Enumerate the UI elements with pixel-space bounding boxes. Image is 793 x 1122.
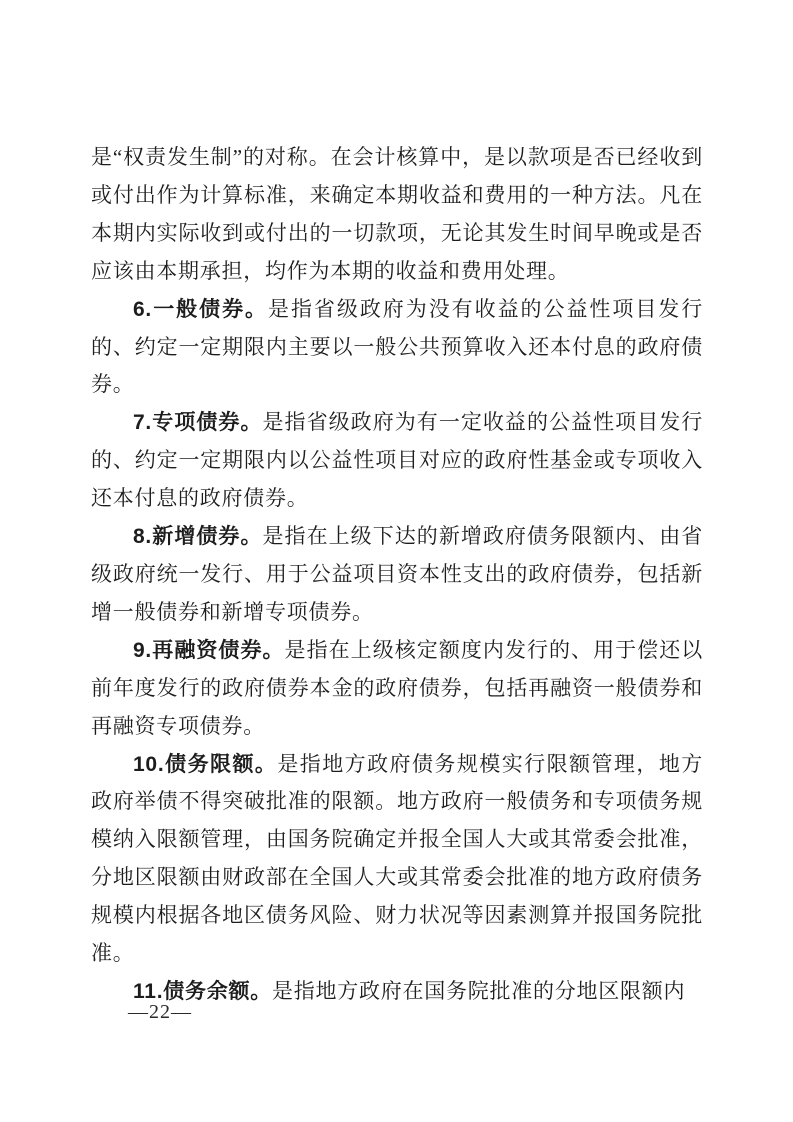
paragraph-bold-lead: 7.专项债券。	[133, 411, 263, 434]
paragraph-bold-lead: 11.债务余额。	[133, 980, 272, 1003]
paragraph-bold-lead: 9.再融资债券。	[133, 639, 285, 662]
paragraph-term-8-new-bonds: 8.新增债券。是指在上级下达的新增政府债务限额内、由省级政府统一发行、用于公益项…	[91, 518, 703, 632]
document-body: 是“权责发生制”的对称。在会计核算中，是以款项是否已经收到或付出作为计算标准，来…	[91, 139, 703, 1011]
paragraph-text: 是指地方政府债务规模实行限额管理，地方政府举债不得突破批准的限额。地方政府一般债…	[91, 752, 703, 966]
paragraph-term-10-debt-limit: 10.债务限额。是指地方政府债务规模实行限额管理，地方政府举债不得突破批准的限额…	[91, 746, 703, 973]
page-number: —22—	[128, 1001, 192, 1024]
paragraph-text: 是“权责发生制”的对称。在会计核算中，是以款项是否已经收到或付出作为计算标准，来…	[91, 145, 703, 283]
paragraph-term-7-special-bonds: 7.专项债券。是指省级政府为有一定收益的公益性项目发行的、约定一定期限内以公益性…	[91, 404, 703, 518]
paragraph-term-9-refinancing-bonds: 9.再融资债券。是指在上级核定额度内发行的、用于偿还以前年度发行的政府债券本金的…	[91, 632, 703, 746]
paragraph-bold-lead: 6.一般债券。	[133, 298, 268, 321]
paragraph-term-6-general-bonds: 6.一般债券。是指省级政府为没有收益的公益性项目发行的、约定一定期限内主要以一般…	[91, 291, 703, 405]
document-page: 是“权责发生制”的对称。在会计核算中，是以款项是否已经收到或付出作为计算标准，来…	[0, 0, 793, 1122]
paragraph-bold-lead: 8.新增债券。	[133, 525, 263, 548]
paragraph-bold-lead: 10.债务限额。	[133, 753, 277, 776]
paragraph-text: 是指地方政府在国务院批准的分地区限额内	[272, 979, 685, 1003]
paragraph-accrual-basis-continuation: 是“权责发生制”的对称。在会计核算中，是以款项是否已经收到或付出作为计算标准，来…	[91, 139, 703, 291]
